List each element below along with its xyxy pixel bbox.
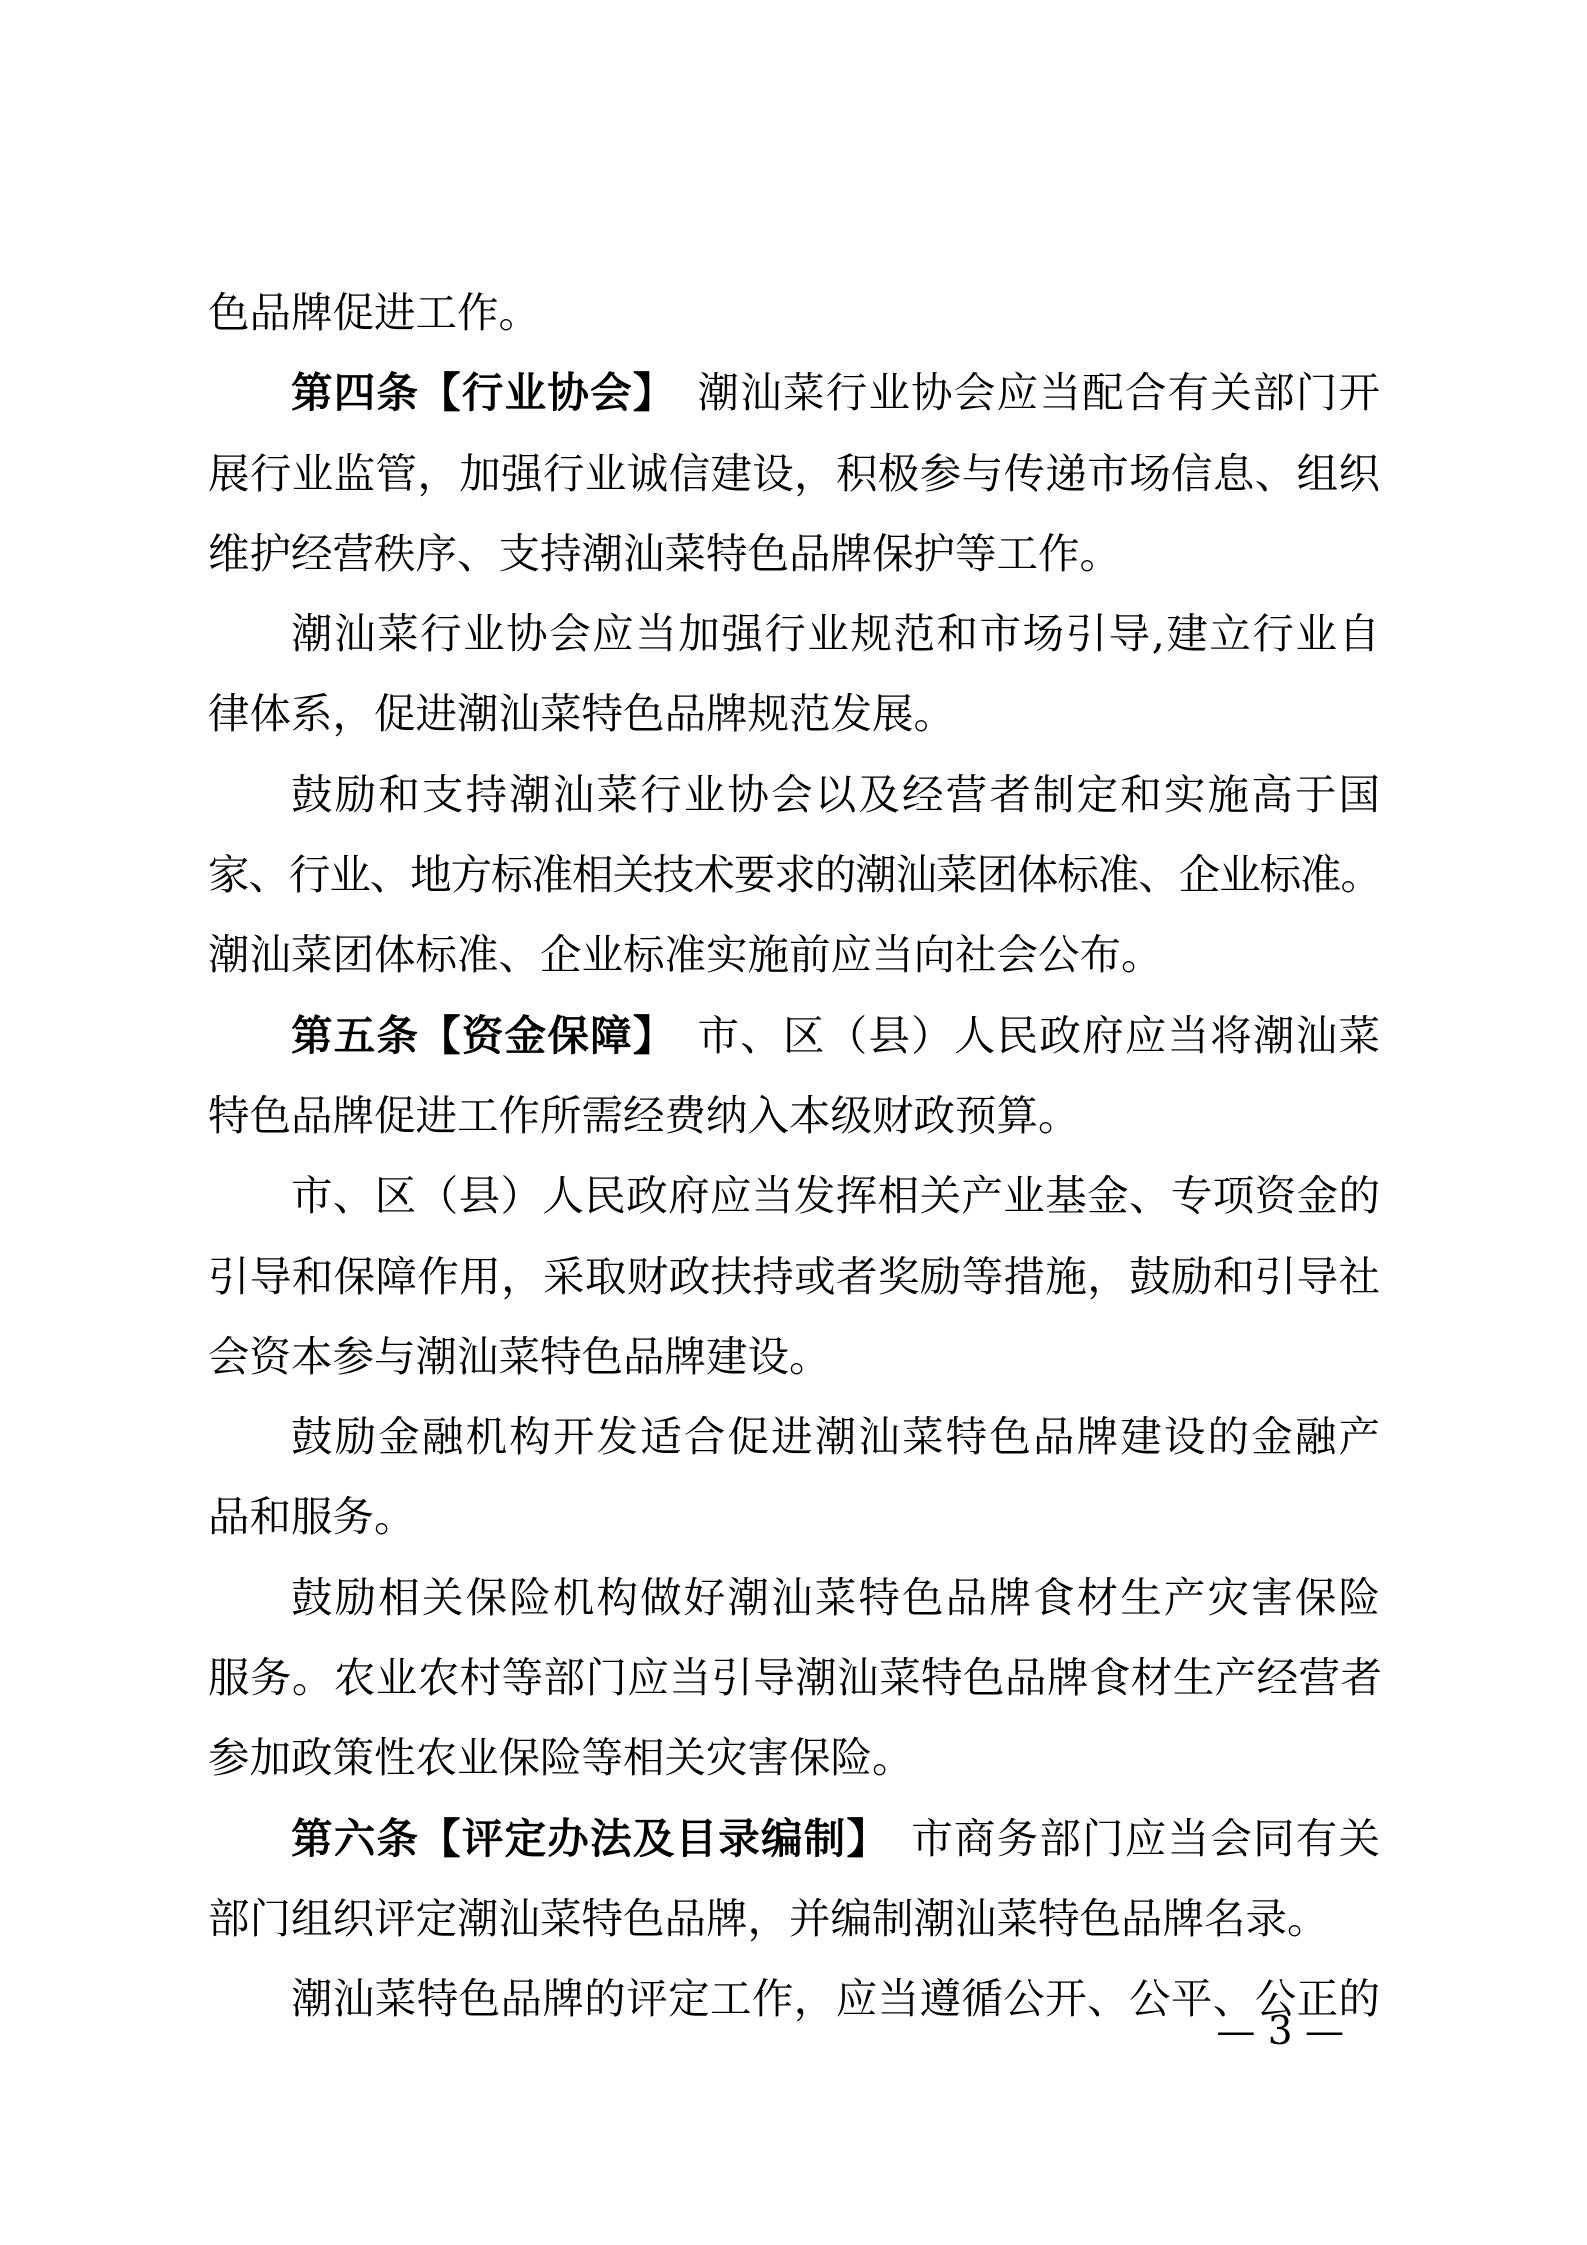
- text-line: 第五条【资金保障】 市、区（县）人民政府应当将潮汕菜: [208, 996, 1380, 1076]
- body-text: 家、行业、地方标准相关技术要求的潮汕菜团体标准、企业标准。: [208, 850, 1380, 899]
- text-line: 特色品牌促进工作所需经费纳入本级财政预算。: [208, 1076, 1380, 1156]
- text-line: 鼓励和支持潮汕菜行业协会以及经营者制定和实施高于国: [208, 755, 1380, 835]
- text-line: 第四条【行业协会】 潮汕菜行业协会应当配合有关部门开: [208, 353, 1380, 433]
- text-line: 部门组织评定潮汕菜特色品牌，并编制潮汕菜特色品牌名录。: [208, 1879, 1380, 1959]
- body-text: 品和服务。: [208, 1492, 416, 1541]
- text-line: 参加政策性农业保险等相关灾害保险。: [208, 1718, 1380, 1798]
- body-text: 引导和保障作用，采取财政扶持或者奖励等措施，鼓励和引导社: [208, 1252, 1380, 1301]
- text-line: 品和服务。: [208, 1477, 1380, 1557]
- text-line: 第六条【评定办法及目录编制】 市商务部门应当会同有关: [208, 1799, 1380, 1879]
- text-line: 会资本参与潮汕菜特色品牌建设。: [208, 1317, 1380, 1397]
- document-page: 色品牌促进工作。第四条【行业协会】 潮汕菜行业协会应当配合有关部门开展行业监管，…: [0, 0, 1587, 2245]
- text-line: 鼓励金融机构开发适合促进潮汕菜特色品牌建设的金融产: [208, 1397, 1380, 1477]
- article-heading: 第四条【行业协会】: [291, 368, 655, 417]
- body-text: 参加政策性农业保险等相关灾害保险。: [208, 1733, 914, 1782]
- document-content: 色品牌促进工作。第四条【行业协会】 潮汕菜行业协会应当配合有关部门开展行业监管，…: [208, 273, 1380, 2040]
- body-text: 鼓励金融机构开发适合促进潮汕菜特色品牌建设的金融产: [291, 1412, 1380, 1461]
- body-text: 鼓励相关保险机构做好潮汕菜特色品牌食材生产灾害保险: [291, 1573, 1380, 1622]
- body-text: 色品牌促进工作。: [208, 288, 540, 337]
- text-line: 潮汕菜行业协会应当加强行业规范和市场引导,建立行业自: [208, 594, 1380, 674]
- text-line: 引导和保障作用，采取财政扶持或者奖励等措施，鼓励和引导社: [208, 1237, 1380, 1317]
- body-text: 部门组织评定潮汕菜特色品牌，并编制潮汕菜特色品牌名录。: [208, 1894, 1329, 1943]
- page-number: — 3 —: [208, 2007, 1380, 2057]
- text-line: 市、区（县）人民政府应当发挥相关产业基金、专项资金的: [208, 1156, 1380, 1236]
- body-text: 维护经营秩序、支持潮汕菜特色品牌保护等工作。: [208, 529, 1121, 578]
- text-line: 鼓励相关保险机构做好潮汕菜特色品牌食材生产灾害保险: [208, 1558, 1380, 1638]
- body-text: 潮汕菜行业协会应当配合有关部门开: [655, 368, 1380, 417]
- body-text: 市、区（县）人民政府应当将潮汕菜: [655, 1011, 1380, 1060]
- text-line: 展行业监管，加强行业诚信建设，积极参与传递市场信息、组织: [208, 434, 1380, 514]
- body-text: 展行业监管，加强行业诚信建设，积极参与传递市场信息、组织: [208, 449, 1380, 498]
- body-text: 潮汕菜行业协会应当加强行业规范和市场引导,建立行业自: [291, 609, 1380, 658]
- text-line: 色品牌促进工作。: [208, 273, 1380, 353]
- body-text: 服务。农业农村等部门应当引导潮汕菜特色品牌食材生产经营者: [208, 1653, 1380, 1702]
- body-text: 鼓励和支持潮汕菜行业协会以及经营者制定和实施高于国: [291, 770, 1380, 819]
- body-text: 会资本参与潮汕菜特色品牌建设。: [208, 1332, 831, 1381]
- text-line: 潮汕菜团体标准、企业标准实施前应当向社会公布。: [208, 915, 1380, 995]
- text-line: 家、行业、地方标准相关技术要求的潮汕菜团体标准、企业标准。: [208, 835, 1380, 915]
- text-line: 维护经营秩序、支持潮汕菜特色品牌保护等工作。: [208, 514, 1380, 594]
- text-line: 服务。农业农村等部门应当引导潮汕菜特色品牌食材生产经营者: [208, 1638, 1380, 1718]
- body-text: 潮汕菜团体标准、企业标准实施前应当向社会公布。: [208, 930, 1163, 979]
- article-heading: 第六条【评定办法及目录编制】: [291, 1814, 868, 1863]
- body-text: 特色品牌促进工作所需经费纳入本级财政预算。: [208, 1091, 1080, 1140]
- body-text: 市、区（县）人民政府应当发挥相关产业基金、专项资金的: [291, 1171, 1380, 1220]
- body-text: 市商务部门应当会同有关: [868, 1814, 1380, 1863]
- text-line: 律体系，促进潮汕菜特色品牌规范发展。: [208, 674, 1380, 754]
- body-text: 律体系，促进潮汕菜特色品牌规范发展。: [208, 689, 955, 738]
- article-heading: 第五条【资金保障】: [291, 1011, 655, 1060]
